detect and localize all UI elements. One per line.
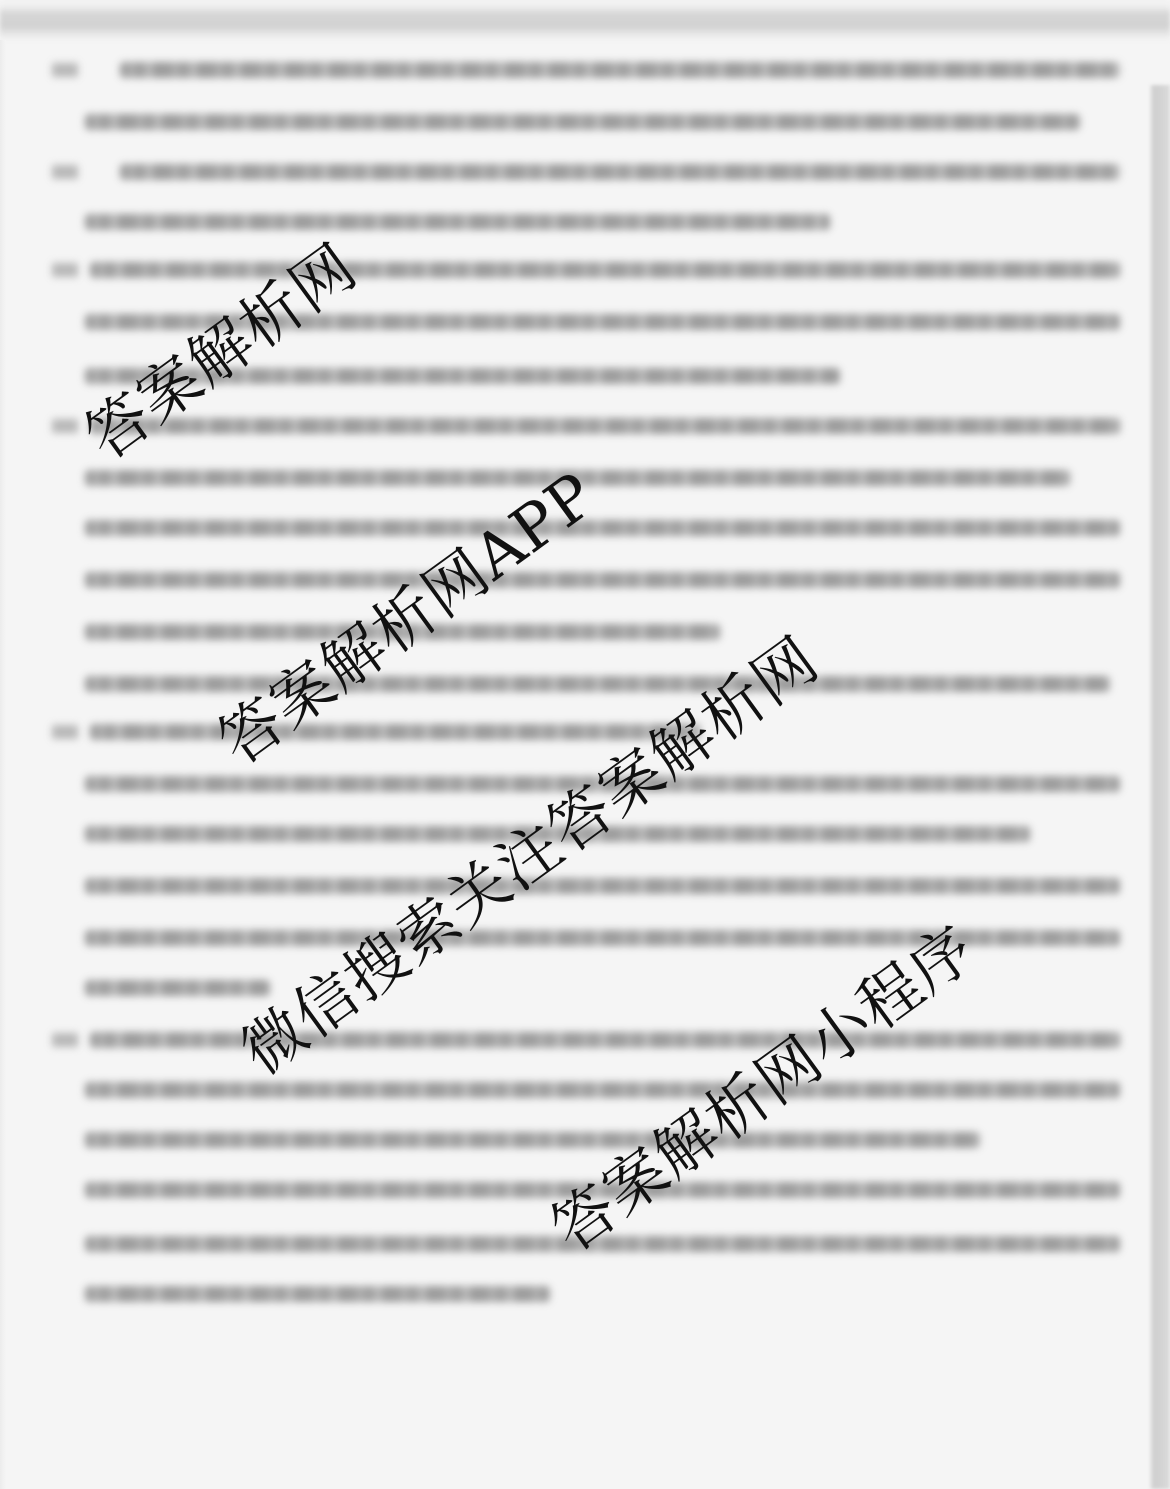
question-number — [52, 165, 78, 179]
blurred-text-line — [85, 676, 1110, 692]
blurred-text-line — [85, 520, 1120, 536]
vertical-scrollbar[interactable] — [1150, 85, 1170, 1489]
blurred-text-line — [85, 980, 270, 996]
question-number — [52, 419, 78, 433]
blurred-text-line — [85, 878, 1120, 894]
blurred-text-line — [85, 214, 830, 230]
blurred-text-line — [85, 572, 1120, 588]
blurred-text-line — [85, 114, 1080, 130]
document-page: 答案解析网 答案解析网APP 微信搜索关注答案解析网 答案解析网小程序 — [0, 0, 1170, 1489]
blurred-text-line — [120, 62, 1120, 78]
blurred-text-line — [90, 262, 1120, 278]
blurred-text-line — [90, 724, 700, 740]
blurred-text-line — [85, 1082, 1120, 1098]
question-number — [52, 1033, 78, 1047]
top-toolbar-band — [0, 0, 1170, 40]
question-number — [52, 725, 78, 739]
question-number — [52, 263, 78, 277]
blurred-text-line — [85, 1286, 550, 1302]
blurred-text-line — [120, 164, 1120, 180]
blurred-text-line — [90, 418, 1120, 434]
page-left-edge — [0, 40, 6, 1489]
blurred-text-line — [85, 1132, 980, 1148]
question-number — [52, 63, 78, 77]
